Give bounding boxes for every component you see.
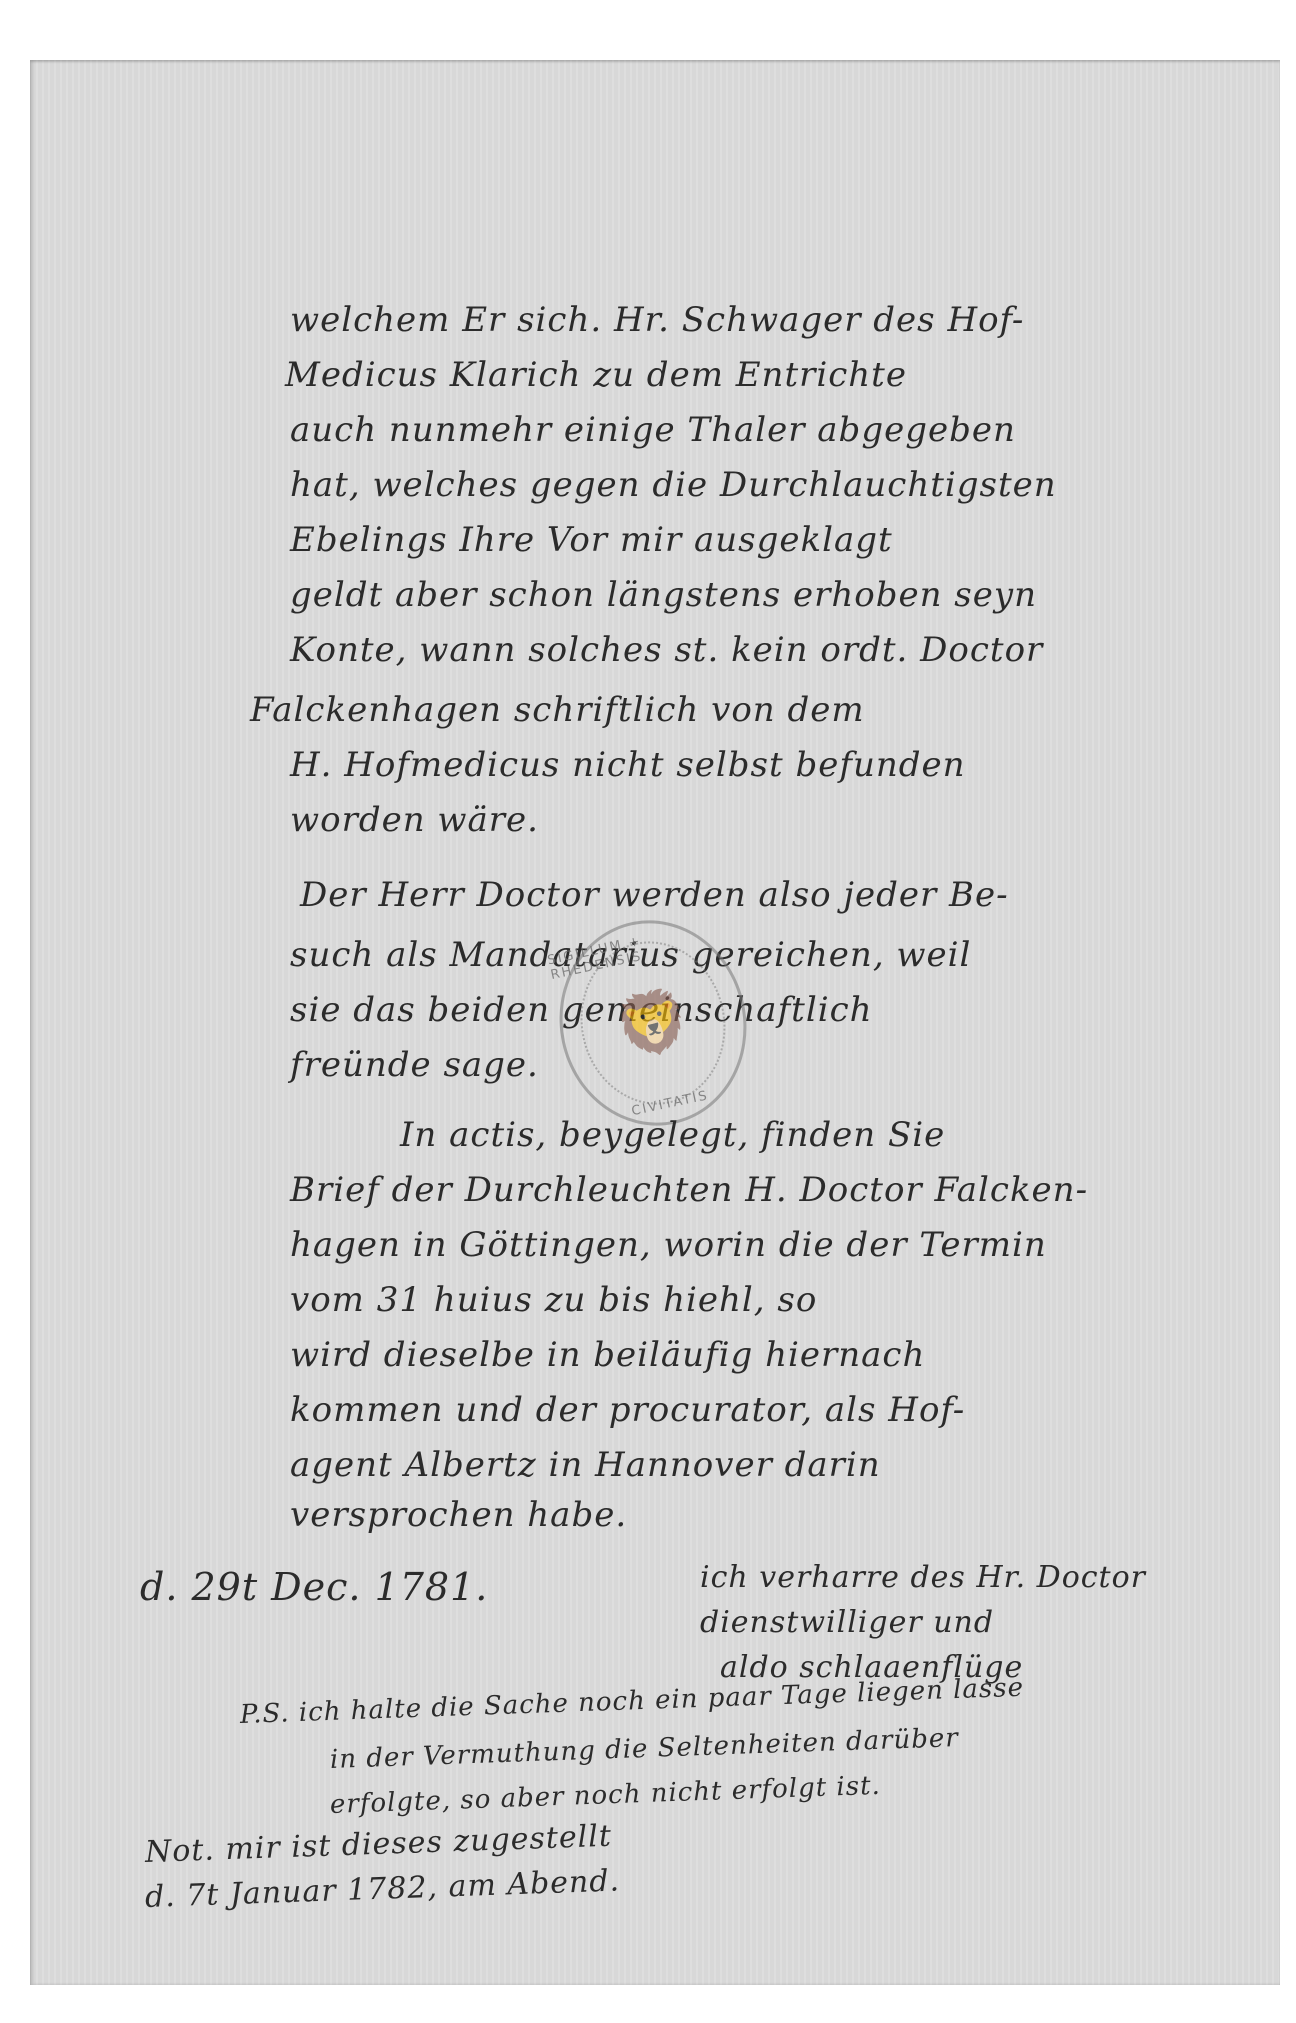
- body-line-4: hat, welches gegen die Durchlauchtigsten: [290, 465, 1057, 505]
- closing-line-1: ich verharre des Hr. Doctor: [700, 1560, 1146, 1595]
- body-line-10: worden wäre.: [290, 800, 539, 840]
- body-line-3: auch nunmehr einige Thaler abgegeben: [290, 410, 1016, 450]
- paragraph3-line-3: hagen in Göttingen, worin die der Termin: [290, 1225, 1047, 1265]
- body-line-2: Medicus Klarich zu dem Entrichte: [285, 355, 907, 395]
- paragraph3-line-8: versprochen habe.: [290, 1495, 627, 1535]
- paragraph2-line-4: freünde sage.: [290, 1045, 539, 1085]
- body-line-8: Falckenhagen schriftlich von dem: [250, 690, 865, 730]
- body-line-5: Ebelings Ihre Vor mir ausgeklagt: [290, 520, 893, 560]
- body-line-7: Konte, wann solches st. kein ordt. Docto…: [290, 630, 1043, 670]
- closing-line-2: dienstwilliger und: [700, 1605, 994, 1640]
- lion-icon: 🦁: [609, 981, 697, 1066]
- body-line-6: geldt aber schon längstens erhoben seyn: [290, 575, 1037, 615]
- paragraph3-line-5: wird dieselbe in beiläufig hiernach: [290, 1335, 925, 1375]
- date-line: d. 29t Dec. 1781.: [140, 1565, 488, 1609]
- paragraph3-line-2: Brief der Durchleuchten H. Doctor Falcke…: [290, 1170, 1088, 1210]
- paragraph3-line-7: agent Albertz in Hannover darin: [290, 1445, 881, 1485]
- paragraph3-line-1: In actis, beygelegt, finden Sie: [400, 1115, 945, 1155]
- body-line-1: welchem Er sich. Hr. Schwager des Hof-: [290, 300, 1024, 340]
- body-line-9: H. Hofmedicus nicht selbst befunden: [290, 745, 966, 785]
- paragraph2-line-1: Der Herr Doctor werden also jeder Be-: [300, 875, 1009, 915]
- paragraph3-line-4: vom 31 huius zu bis hiehl, so: [290, 1280, 817, 1320]
- paragraph3-line-6: kommen und der procurator, als Hof-: [290, 1390, 965, 1430]
